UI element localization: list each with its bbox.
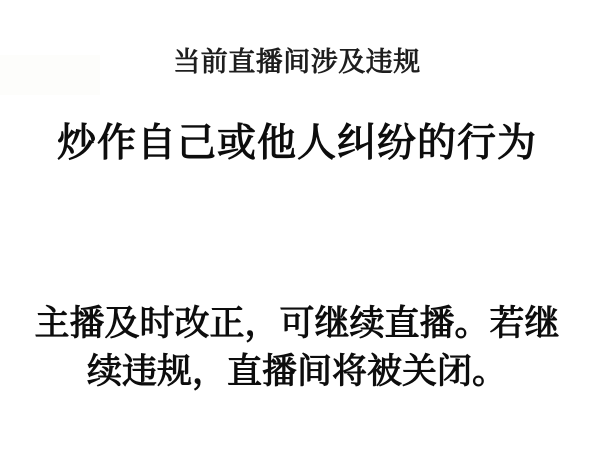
violation-message-line-2: 续违规，直播间将被关闭。 [24, 348, 570, 396]
violation-subtitle: 当前直播间涉及违规 [0, 46, 594, 80]
violation-message: 主播及时改正，可继续直播。若继 续违规，直播间将被关闭。 [24, 300, 570, 396]
violation-message-line-1: 主播及时改正，可继续直播。若继 [24, 300, 570, 348]
violation-notice: 当前直播间涉及违规 炒作自己或他人纠纷的行为 主播及时改正，可继续直播。若继 续… [0, 0, 594, 457]
violation-title: 炒作自己或他人纠纷的行为 [0, 120, 594, 168]
